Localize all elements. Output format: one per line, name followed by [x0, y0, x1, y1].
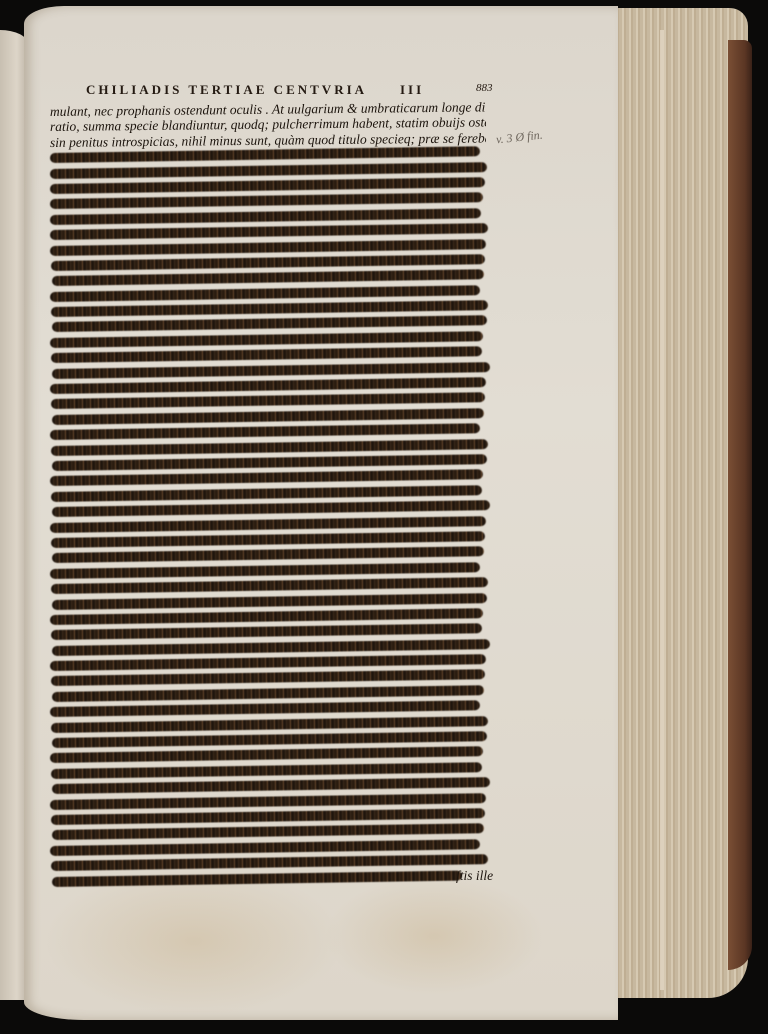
- marginal-note: v. 3 Ø fin.: [495, 128, 543, 148]
- page-number: 883: [476, 82, 493, 94]
- leather-cover: [728, 40, 752, 970]
- running-head: CHILIADIS TERTIAE CENTVRIA III 883: [64, 82, 594, 102]
- running-head-title: CHILIADIS TERTIAE CENTVRIA: [86, 82, 367, 98]
- book-fore-edge: [598, 8, 748, 998]
- fore-edge-highlight: [660, 30, 664, 990]
- smeared-line: [50, 874, 486, 889]
- final-fragment: ſtis ille: [456, 868, 493, 884]
- body-text: mulant, nec prophanis ostendunt oculis .…: [50, 104, 486, 889]
- centuria-number: III: [400, 82, 424, 98]
- water-stain: [324, 876, 544, 996]
- smeared-text-block: [50, 150, 486, 889]
- smeared-text: [52, 870, 462, 886]
- book-page: CHILIADIS TERTIAE CENTVRIA III 883 v. 3 …: [24, 6, 618, 1020]
